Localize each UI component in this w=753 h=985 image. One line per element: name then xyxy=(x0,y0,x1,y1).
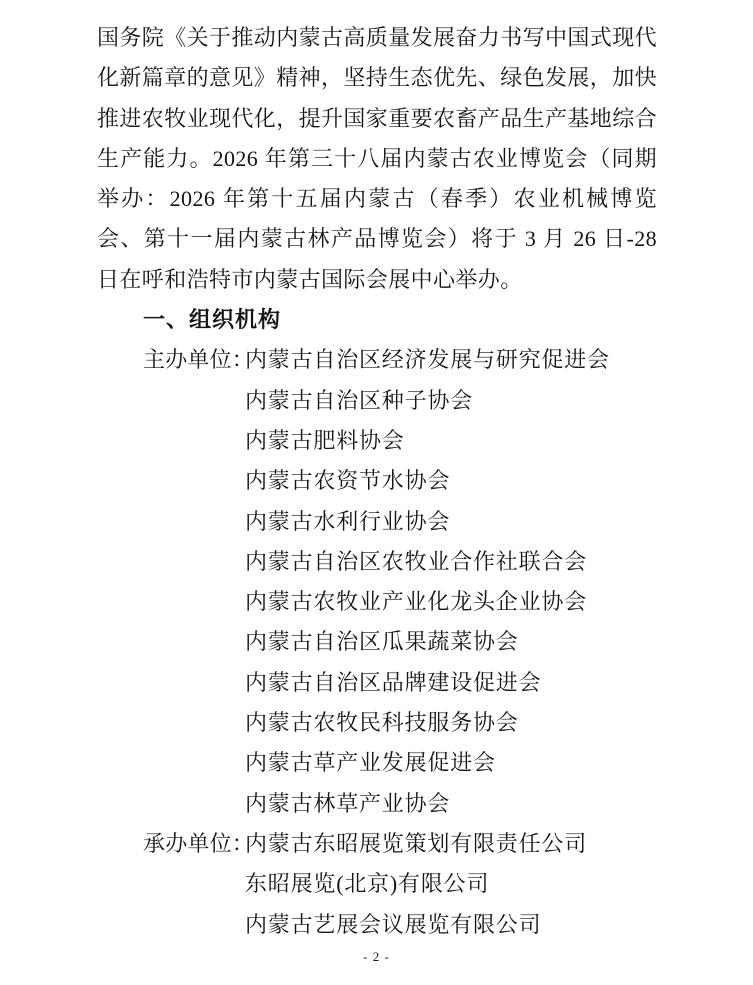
list-item: 内蒙古林草产业协会 xyxy=(143,784,657,824)
list-item: 内蒙古农资节水协会 xyxy=(143,461,657,501)
host-organization-name: 内蒙古农牧民科技服务协会 xyxy=(245,703,519,743)
list-item: 内蒙古农牧业产业化龙头企业协会 xyxy=(143,582,657,622)
document-page: 国务院《关于推动内蒙古高质量发展奋力书写中国式现代化新篇章的意见》精神，坚持生态… xyxy=(0,0,753,985)
page-content: 国务院《关于推动内蒙古高质量发展奋力书写中国式现代化新篇章的意见》精神，坚持生态… xyxy=(0,0,753,945)
list-item: 内蒙古自治区品牌建设促进会 xyxy=(143,663,657,703)
host-organization-name: 内蒙古草产业发展促进会 xyxy=(245,743,496,783)
list-item: 内蒙古自治区农牧业合作社联合会 xyxy=(143,542,657,582)
host-units-first-row: 主办单位： 内蒙古自治区经济发展与研究促进会 xyxy=(143,340,657,380)
host-organization-name: 内蒙古自治区经济发展与研究促进会 xyxy=(245,340,610,380)
undertaker-units-first-row: 承办单位： 内蒙古东昭展览策划有限责任公司 xyxy=(143,824,657,864)
host-organization-name: 内蒙古自治区农牧业合作社联合会 xyxy=(245,542,587,582)
undertaker-units-label: 承办单位： xyxy=(143,824,245,864)
body-paragraph: 国务院《关于推动内蒙古高质量发展奋力书写中国式现代化新篇章的意见》精神，坚持生态… xyxy=(97,18,657,300)
list-item: 内蒙古水利行业协会 xyxy=(143,502,657,542)
page-number: - 2 - xyxy=(363,949,390,964)
list-item: 内蒙古肥料协会 xyxy=(143,421,657,461)
host-organization-name: 内蒙古自治区种子协会 xyxy=(245,381,473,421)
list-item: 内蒙古艺展会议展览有限公司 xyxy=(143,905,657,945)
host-units-section: 主办单位： 内蒙古自治区经济发展与研究促进会 内蒙古自治区种子协会 内蒙古肥料协… xyxy=(97,340,657,824)
list-item: 东昭展览(北京)有限公司 xyxy=(143,864,657,904)
list-item: 内蒙古草产业发展促进会 xyxy=(143,743,657,783)
host-units-label: 主办单位： xyxy=(143,340,245,380)
host-organization-name: 内蒙古农资节水协会 xyxy=(245,461,450,501)
undertaker-units-section: 承办单位： 内蒙古东昭展览策划有限责任公司 东昭展览(北京)有限公司 内蒙古艺展… xyxy=(97,824,657,945)
list-item: 内蒙古自治区瓜果蔬菜协会 xyxy=(143,622,657,662)
host-organization-name: 内蒙古自治区瓜果蔬菜协会 xyxy=(245,622,519,662)
list-item: 内蒙古农牧民科技服务协会 xyxy=(143,703,657,743)
host-organization-name: 内蒙古水利行业协会 xyxy=(245,502,450,542)
host-organization-name: 内蒙古自治区品牌建设促进会 xyxy=(245,663,541,703)
page-footer: - 2 - xyxy=(0,949,753,965)
section-heading: 一、组织机构 xyxy=(97,300,657,340)
list-item: 内蒙古自治区种子协会 xyxy=(143,381,657,421)
undertaker-organization-name: 内蒙古艺展会议展览有限公司 xyxy=(245,905,541,945)
undertaker-organization-name: 内蒙古东昭展览策划有限责任公司 xyxy=(245,824,587,864)
host-organization-name: 内蒙古肥料协会 xyxy=(245,421,405,461)
host-organization-name: 内蒙古农牧业产业化龙头企业协会 xyxy=(245,582,587,622)
host-organization-name: 内蒙古林草产业协会 xyxy=(245,784,450,824)
undertaker-organization-name: 东昭展览(北京)有限公司 xyxy=(245,864,489,904)
